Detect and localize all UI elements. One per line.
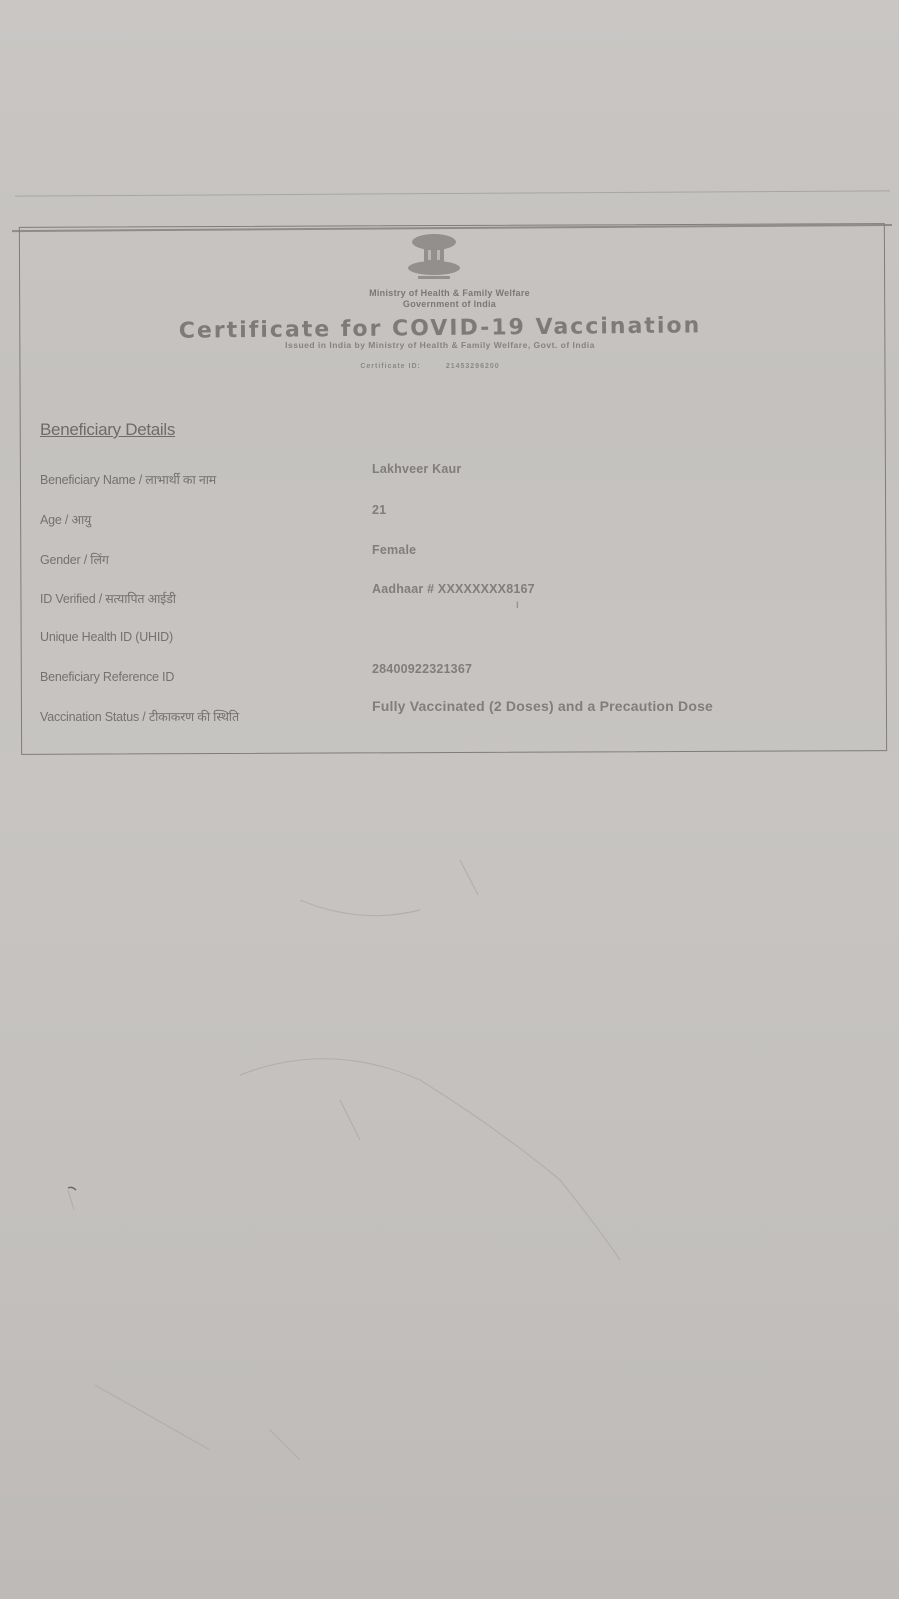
- vaccination-status-label: Vaccination Status / टीकाकरण की स्थिति: [40, 708, 239, 725]
- government-line: Government of India: [0, 299, 899, 309]
- age-value: 21: [372, 503, 386, 517]
- uhid-label: Unique Health ID (UHID): [40, 630, 173, 644]
- national-emblem-icon: [402, 232, 466, 284]
- beneficiary-name-label: Beneficiary Name / लाभार्थी का नाम: [40, 471, 216, 488]
- id-sub-mark: I: [516, 600, 519, 610]
- ministry-line: Ministry of Health & Family Welfare: [0, 288, 899, 298]
- certificate-id-value: 21453296200: [446, 363, 500, 370]
- paper-edge-line: [15, 190, 890, 196]
- gender-value: Female: [372, 543, 416, 557]
- id-verified-label: ID Verified / सत्यापित आईडी: [40, 590, 176, 607]
- id-verified-value: Aadhaar # XXXXXXXX8167: [372, 582, 535, 596]
- beneficiary-details-heading: Beneficiary Details: [40, 420, 175, 440]
- reference-id-value: 28400922321367: [372, 662, 472, 676]
- age-label: Age / आयु: [40, 511, 91, 528]
- issued-by-line: Issued in India by Ministry of Health & …: [0, 340, 880, 350]
- gender-label: Gender / लिंग: [40, 551, 109, 568]
- certificate-id: Certificate ID: 21453296200: [0, 363, 860, 370]
- reference-id-label: Beneficiary Reference ID: [40, 670, 174, 684]
- beneficiary-name-value: Lakhveer Kaur: [372, 462, 461, 476]
- vaccination-status-value: Fully Vaccinated (2 Doses) and a Precaut…: [372, 698, 713, 714]
- certificate-id-label: Certificate ID:: [360, 363, 421, 370]
